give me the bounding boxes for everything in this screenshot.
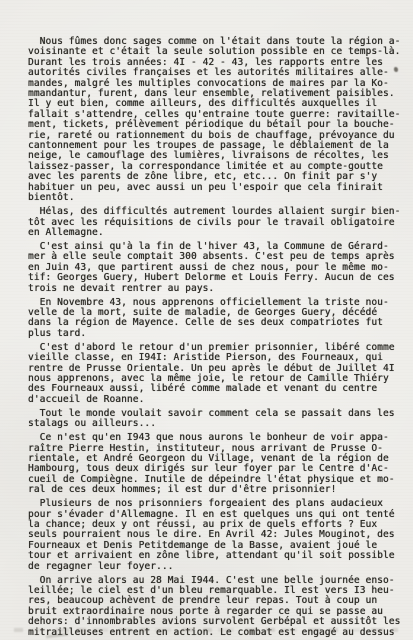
text-line: plus tard. — [28, 329, 407, 339]
paragraph: Plusieurs de nos prisonniers forgeaient … — [28, 499, 407, 572]
scanned-page: Nous fûmes donc sages comme on l'était d… — [0, 0, 413, 640]
paragraph: C'est d'abord le retour d'un premier pri… — [28, 343, 407, 405]
paragraph: Tout le monde voulait savoir comment cel… — [28, 409, 407, 430]
ink-spot-artifact — [394, 67, 398, 72]
paragraph: Ce n'est qu'en I943 que nous aurons le b… — [28, 433, 407, 495]
text-line: trois ne devait rentrer au pays. — [28, 284, 407, 294]
text-line: habituer un peu, avec aussi un peu l'esp… — [28, 183, 407, 193]
paragraph: Hélas, des difficultés autrement lourdes… — [28, 207, 407, 238]
text-line: d'accueil de Roanne. — [28, 395, 407, 405]
text-line: bientôt. — [28, 193, 407, 203]
text-line: ral de ces deux hommes; il est dur d'êtr… — [28, 485, 407, 495]
paragraph: Nous fûmes donc sages comme on l'était d… — [28, 37, 407, 204]
text-line: tif: Georges Guery, Hubert Delorme et Lo… — [28, 273, 407, 283]
paragraph: C'est ainsi qu'à la fin de l'hiver 43, l… — [28, 242, 407, 294]
paragraph: En Novembre 43, nous apprenons officiell… — [28, 298, 407, 340]
document-text: Nous fûmes donc sages comme on l'était d… — [28, 37, 407, 638]
text-line: stalags ou ailleurs... — [28, 419, 407, 429]
text-line: en Allemagne. — [28, 228, 407, 238]
text-line: de regagner leur foyer... — [28, 562, 407, 572]
ghost-text-smudge — [14, 628, 398, 632]
text-line: Hélas, des difficultés autrement lourdes… — [28, 207, 407, 217]
text-line: vieille classe, en I94I: Aristide Pierso… — [28, 353, 407, 363]
